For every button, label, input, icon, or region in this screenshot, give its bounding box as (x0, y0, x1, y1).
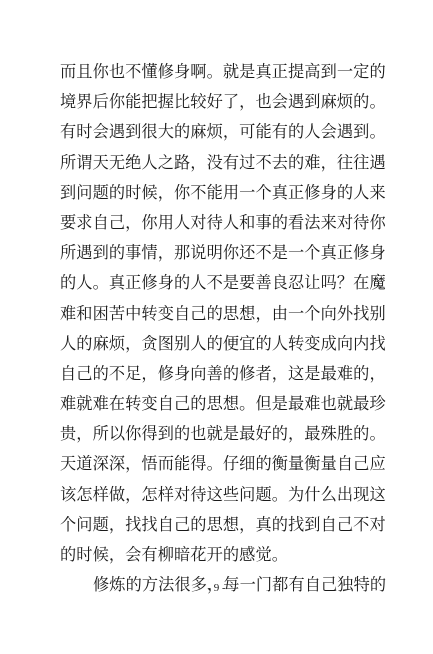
text-line: 有时会遇到很大的麻烦，可能有的人会遇到。 (60, 122, 374, 152)
text-line: 境界后你能把握比较好了，也会遇到麻烦的。 (60, 92, 374, 122)
body-text: 而且你也不懂修身啊。就是真正提高到一定的 境界后你能把握比较好了，也会遇到麻烦的… (60, 62, 374, 605)
text-line: 贵，所以你得到的也就是最好的，最殊胜的。 (60, 424, 374, 454)
document-page: 而且你也不懂修身啊。就是真正提高到一定的 境界后你能把握比较好了，也会遇到麻烦的… (0, 0, 433, 654)
text-line: 天道深深，悟而能得。仔细的衡量衡量自己应 (60, 454, 374, 484)
text-line: 个问题，找找自己的思想，真的找到自己不对 (60, 515, 374, 545)
text-line-paragraph-end: 的时候，会有柳暗花开的感觉。 (60, 545, 374, 575)
text-line: 人的麻烦，贪图别人的便宜的人转变成向内找 (60, 334, 374, 364)
text-line: 的人。真正修身的人不是要善良忍让吗？在魔 (60, 273, 374, 303)
text-line: 难和困苦中转变自己的思想，由一个向外找别 (60, 304, 374, 334)
text-line: 而且你也不懂修身啊。就是真正提高到一定的 (60, 62, 374, 92)
page-number: - 9 - (0, 582, 433, 594)
text-line: 到问题的时候，你不能用一个真正修身的人来 (60, 183, 374, 213)
text-line: 该怎样做，怎样对待这些问题。为什么出现这 (60, 485, 374, 515)
text-line: 要求自己，你用人对待人和事的看法来对待你 (60, 213, 374, 243)
text-line: 所谓天无绝人之路，没有过不去的难，往往遇 (60, 153, 374, 183)
text-line: 所遇到的事情，那说明你还不是一个真正修身 (60, 243, 374, 273)
text-line: 难就难在转变自己的思想。但是最难也就最珍 (60, 394, 374, 424)
text-line: 自己的不足，修身向善的修者，这是最难的， (60, 364, 374, 394)
